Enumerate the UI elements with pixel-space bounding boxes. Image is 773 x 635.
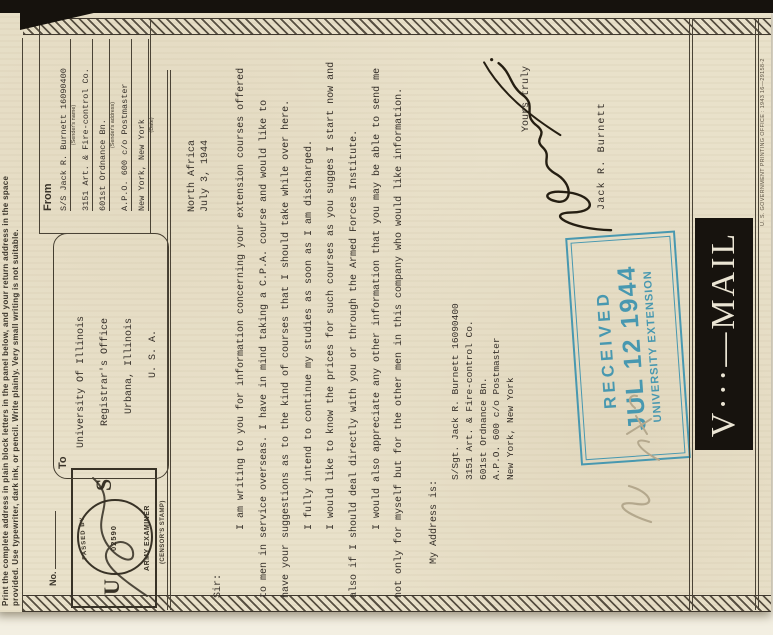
vmail-paper: Print the complete address in plain bloc… — [0, 8, 771, 612]
address-panel-divider-rule — [167, 70, 171, 610]
from-line: S/S Jack R. Burnett 16090400 — [59, 18, 71, 211]
address-line: A.P.O. 600 c/o Postmaster — [490, 303, 504, 480]
to-line: Urbana, Illinois — [118, 234, 142, 414]
letter-place: North Africa — [187, 140, 198, 212]
to-line: University Of Illinois — [70, 234, 94, 448]
from-line: 601st Ordnance Bn. — [98, 18, 110, 211]
from-caption-date: (Date) — [149, 39, 155, 211]
from-line: New York, New York — [137, 18, 149, 211]
vmail-logo-text: V···—MAIL — [705, 231, 743, 437]
vmail-photograph: Print the complete address in plain bloc… — [0, 0, 773, 635]
address-line: 601st Ordnance Bn. — [477, 303, 491, 480]
to-address-panel: To University Of Illinois Registrar's Of… — [53, 233, 169, 479]
to-label: To — [57, 456, 69, 469]
from-caption-sender-address: (Sender's address) — [110, 39, 116, 211]
instruction-line-2: provided. Use typewriter, dark ink, or p… — [11, 18, 21, 606]
photo-top-edge — [0, 0, 773, 13]
gpo-imprint: U. S. GOVERNMENT PRINTING OFFICE : 1943 … — [760, 58, 766, 226]
from-line: 3151 Art. & Fire-control Co. — [81, 18, 93, 211]
letter-body-line: I am writing to you for information conc… — [231, 58, 254, 598]
number-label: No. — [48, 572, 58, 587]
letter-date: July 3, 1944 — [200, 140, 211, 212]
number-field: No. — [47, 511, 58, 586]
vmail-form-rotated: Print the complete address in plain bloc… — [0, 8, 771, 612]
sender-address-block: S/Sgt. Jack R. Burnett 16090400 3151 Art… — [449, 303, 518, 480]
instruction-divider-rule — [22, 38, 23, 612]
letter-body-line: I would like to know the prices for such… — [321, 58, 344, 598]
censor-stamp-caption: (CENSOR'S STAMP) — [160, 500, 166, 564]
to-line: Registrar's Office — [94, 234, 118, 426]
censor-stamp: PASSED BY U S 02590 ARMY EXAMINER — [71, 468, 157, 608]
letter-body-line: not only for myself but for the other me… — [389, 58, 412, 598]
vmail-top-rule — [689, 18, 693, 610]
letter-body: I am writing to you for information conc… — [231, 58, 412, 598]
censor-signature-squiggle — [73, 470, 155, 606]
from-address-panel: From S/S Jack R. Burnett 16090400 (Sende… — [39, 18, 151, 234]
letter-body-line: I fully intend to continue my studies as… — [299, 58, 322, 598]
typed-signature-name: Jack R. Burnett — [597, 102, 608, 210]
pencil-scrawl — [579, 384, 674, 534]
form-instructions: Print the complete address in plain bloc… — [1, 18, 20, 606]
from-caption-sender-name: (Sender's name) — [71, 39, 77, 211]
number-blank-line — [47, 511, 56, 569]
letter-body-line: to men in service overseas. I have in mi… — [254, 58, 277, 598]
vmail-bottom-rule — [755, 18, 759, 610]
letter-body-line: also if I should deal directly with you … — [344, 58, 367, 598]
letter-body-line: I would also appreciate any other inform… — [367, 58, 390, 598]
letter-body-line: have your suggestions as to the kind of … — [276, 58, 299, 598]
from-label: From — [42, 18, 54, 211]
from-line: A.P.O. 600 c/o Postmaster — [120, 18, 132, 211]
address-line: New York, New York — [504, 303, 518, 480]
letter-salutation: Sir: — [213, 574, 224, 598]
to-line: U. S. A. — [142, 234, 166, 378]
vmail-logo: V···—MAIL — [695, 218, 753, 450]
address-intro: My Address is: — [429, 480, 440, 564]
address-line: S/Sgt. Jack R. Burnett 16090400 — [449, 303, 463, 480]
address-line: 3151 Art. & Fire-control Co. — [463, 303, 477, 480]
instruction-line-1: Print the complete address in plain bloc… — [1, 18, 11, 606]
